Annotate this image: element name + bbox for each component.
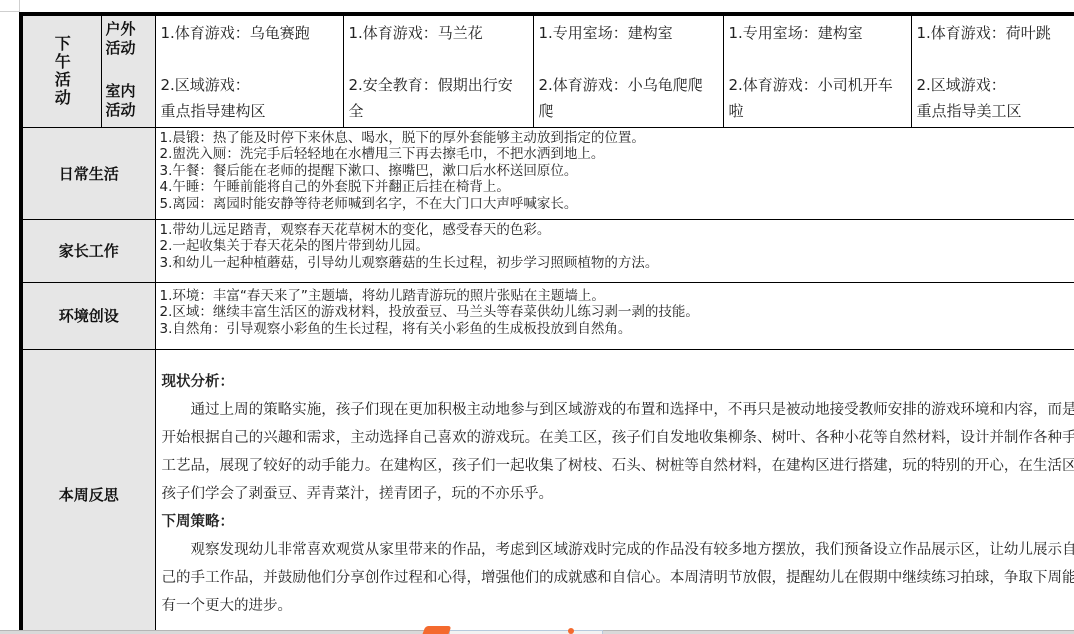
analysis-heading: 现状分析： — [162, 368, 1074, 396]
environment-row: 环境创设 1.环境：丰富“春天来了”主题墙，将幼儿踏青游玩的照片张贴在主题墙上。… — [21, 282, 1074, 349]
environment-header: 环境创设 — [21, 282, 155, 349]
list-item: 2.盥洗入厕：洗完手后轻轻地在水槽甩三下再去擦毛巾，不把水洒到地上。 — [160, 146, 1074, 163]
list-item: 2.区域：继续丰富生活区的游戏材料，投放蚕豆、马兰头等春菜供幼儿练习剥一剥的技能… — [160, 304, 1074, 321]
afternoon-activities-row: 下午活动 户外活动 室内活动 1.体育游戏：乌龟赛跑 2.区域游戏： 重点指导建… — [21, 14, 1074, 127]
day-2-activities: 1.体育游戏：马兰花 2.安全教育：假期出行安 全 — [343, 14, 533, 127]
indoor-activity-detail: 全 — [349, 98, 529, 124]
day-1-activities: 1.体育游戏：乌龟赛跑 2.区域游戏： 重点指导建构区 — [155, 14, 343, 127]
indoor-activity: 2.区域游戏： — [161, 72, 339, 98]
page-margin-marker — [0, 11, 19, 12]
strategy-paragraph: 观察发现幼儿非常喜欢观赏从家里带来的作品，考虑到区域游戏时完成的作品没有较多地方… — [162, 536, 1074, 620]
app-icon-fragment[interactable] — [568, 628, 574, 634]
list-item: 4.午睡：午睡前能将自己的外套脱下并翻正后挂在椅背上。 — [160, 179, 1074, 196]
activity-type-labels: 户外活动 室内活动 — [101, 14, 155, 127]
taskbar-item[interactable] — [449, 630, 603, 634]
outdoor-activity: 1.体育游戏：荷叶跳 — [917, 20, 1074, 46]
environment-list: 1.环境：丰富“春天来了”主题墙，将幼儿踏青游玩的照片张贴在主题墙上。 2.区域… — [155, 282, 1074, 349]
weekly-plan-table: 下午活动 户外活动 室内活动 1.体育游戏：乌龟赛跑 2.区域游戏： 重点指导建… — [19, 12, 1074, 634]
parent-work-row: 家长工作 1.带幼儿远足踏青，观察春天花草树木的变化，感受春天的色彩。 2.一起… — [21, 219, 1074, 282]
indoor-activity-detail: 爬 — [539, 98, 719, 124]
list-item: 3.自然角：引导观察小彩鱼的生长过程，将有关小彩鱼的生成板投放到自然角。 — [160, 321, 1074, 338]
list-item: 3.和幼儿一起种植蘑菇，引导幼儿观察蘑菇的生长过程，初步学习照顾植物的方法。 — [160, 255, 1074, 272]
list-item: 1.晨锻：热了能及时停下来休息、喝水，脱下的厚外套能够主动放到指定的位置。 — [160, 130, 1074, 147]
parent-work-list: 1.带幼儿远足踏青，观察春天花草树木的变化，感受春天的色彩。 2.一起收集关于春… — [155, 219, 1074, 282]
list-item: 5.离园：离园时能安静等待老师喊到名字，不在大门口大声呼喊家长。 — [160, 196, 1074, 213]
outdoor-label: 户外活动 — [106, 20, 142, 58]
indoor-activity-detail: 重点指导建构区 — [161, 98, 339, 124]
analysis-paragraph: 通过上周的策略实施，孩子们现在更加积极主动地参与到区域游戏的布置和选择中，不再只… — [162, 396, 1074, 508]
reflection-header: 本周反思 — [21, 349, 155, 634]
outdoor-activity: 1.专用室场：建构室 — [729, 20, 907, 46]
indoor-activity: 2.体育游戏：小乌龟爬爬 — [539, 72, 719, 98]
strategy-heading: 下周策略： — [162, 508, 1074, 536]
indoor-activity: 2.安全教育：假期出行安 — [349, 72, 529, 98]
daily-life-header: 日常生活 — [21, 127, 155, 219]
indoor-activity-detail: 啦 — [729, 98, 907, 124]
indoor-activity: 2.体育游戏：小司机开车 — [729, 72, 907, 98]
indoor-activity: 2.区域游戏： — [917, 72, 1074, 98]
list-item: 1.带幼儿远足踏青，观察春天花草树木的变化，感受春天的色彩。 — [160, 222, 1074, 239]
outdoor-activity: 1.专用室场：建构室 — [539, 20, 719, 46]
daily-life-list: 1.晨锻：热了能及时停下来休息、喝水，脱下的厚外套能够主动放到指定的位置。 2.… — [155, 127, 1074, 219]
reflection-row: 本周反思 现状分析： 通过上周的策略实施，孩子们现在更加积极主动地参与到区域游戏… — [21, 349, 1074, 634]
daily-life-row: 日常生活 1.晨锻：热了能及时停下来休息、喝水，脱下的厚外套能够主动放到指定的位… — [21, 127, 1074, 219]
afternoon-activities-header: 下午活动 — [21, 14, 101, 127]
afternoon-activities-label: 下午活动 — [50, 35, 73, 107]
list-item: 3.午餐：餐后能在老师的提醒下漱口、擦嘴巴，漱口后水杯送回原位。 — [160, 163, 1074, 180]
day-5-activities: 1.体育游戏：荷叶跳 2.区域游戏： 重点指导美工区 — [911, 14, 1074, 127]
reflection-content: 现状分析： 通过上周的策略实施，孩子们现在更加积极主动地参与到区域游戏的布置和选… — [155, 349, 1074, 634]
list-item: 2.一起收集关于春天花朵的图片带到幼儿园。 — [160, 238, 1074, 255]
outdoor-activity: 1.体育游戏：乌龟赛跑 — [161, 20, 339, 46]
parent-work-header: 家长工作 — [21, 219, 155, 282]
indoor-label: 室内活动 — [106, 82, 142, 120]
day-3-activities: 1.专用室场：建构室 2.体育游戏：小乌龟爬爬 爬 — [533, 14, 723, 127]
app-icon-fragment[interactable] — [423, 626, 452, 634]
indoor-activity-detail: 重点指导美工区 — [917, 98, 1074, 124]
page-margin-marker — [19, 0, 20, 12]
list-item: 1.环境：丰富“春天来了”主题墙，将幼儿踏青游玩的照片张贴在主题墙上。 — [160, 288, 1074, 305]
day-4-activities: 1.专用室场：建构室 2.体育游戏：小司机开车 啦 — [723, 14, 911, 127]
outdoor-activity: 1.体育游戏：马兰花 — [349, 20, 529, 46]
